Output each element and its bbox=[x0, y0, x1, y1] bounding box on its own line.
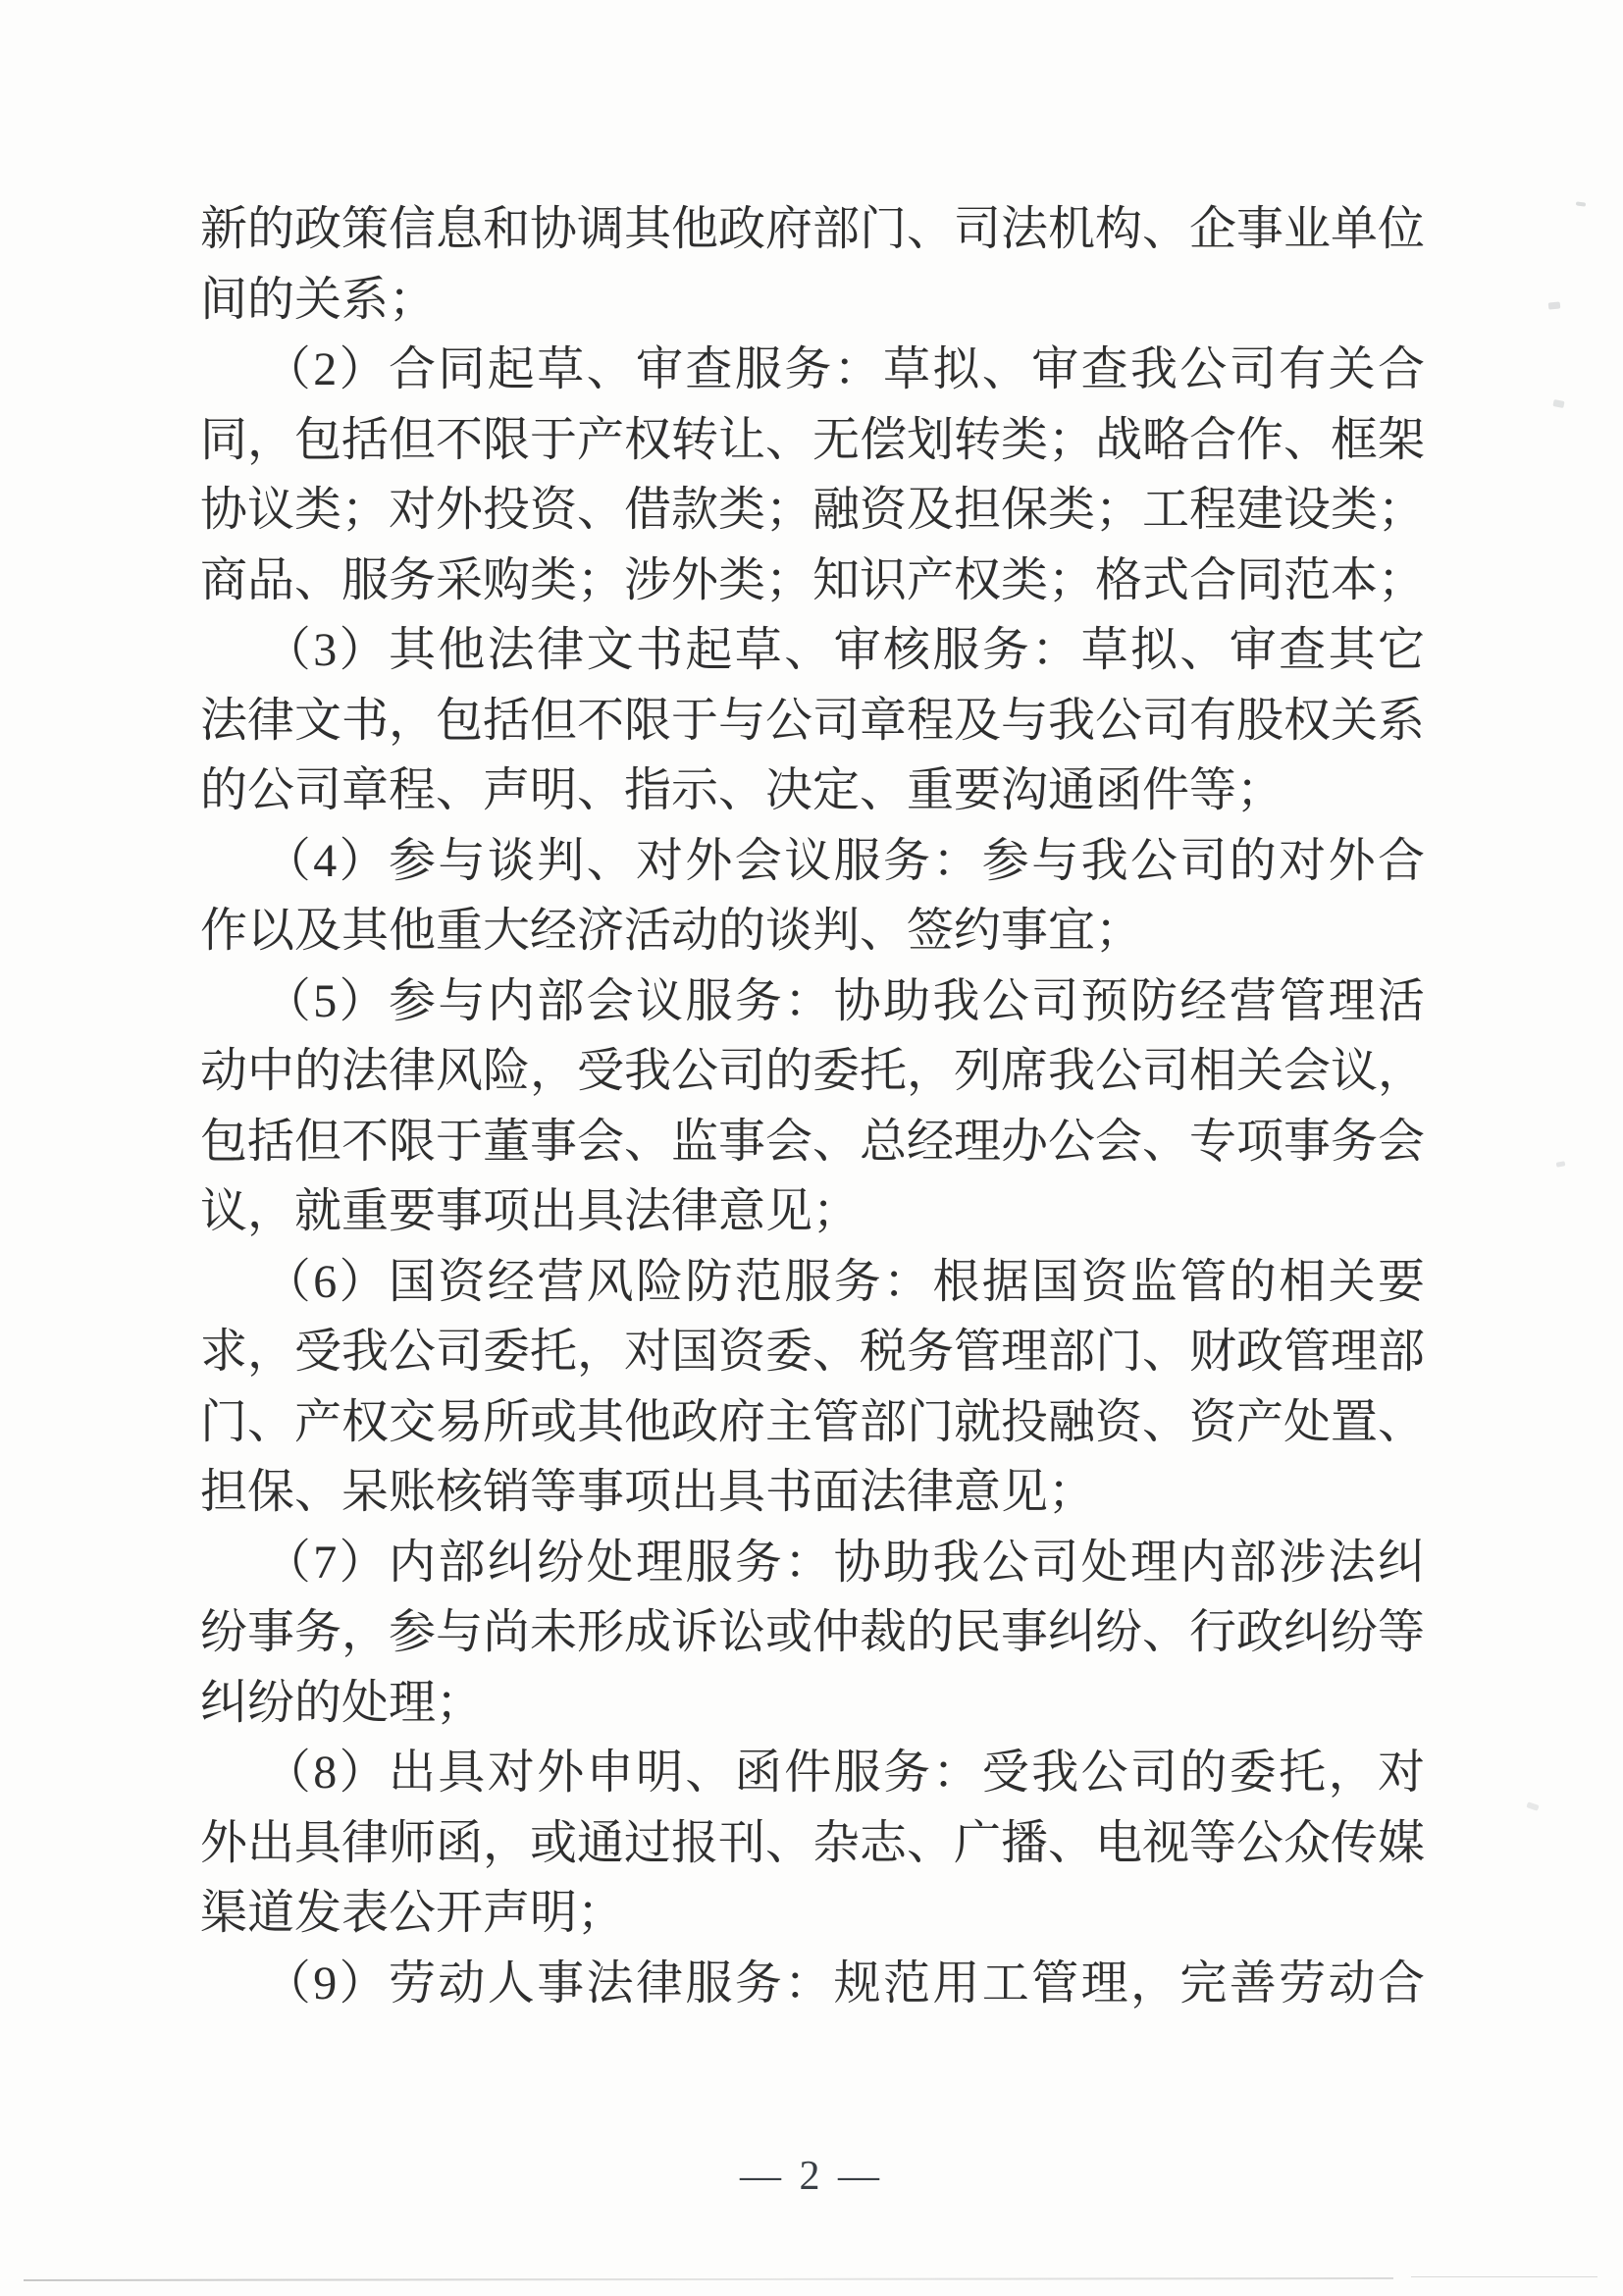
paragraph: 新的政策信息和协调其他政府部门、司法机构、企事业单位间的关系； bbox=[200, 194, 1425, 335]
text-line: （4）参与谈判、对外会议服务：参与我公司的对外合 bbox=[200, 826, 1425, 897]
text-line: 门、产权交易所或其他政府主管部门就投融资、资产处置、 bbox=[200, 1387, 1425, 1458]
text-line: 求，受我公司委托，对国资委、税务管理部门、财政管理部 bbox=[200, 1317, 1425, 1387]
page-number: — 2 — bbox=[0, 2153, 1623, 2200]
text-line: （9）劳动人事法律服务：规范用工管理，完善劳动合 bbox=[200, 1949, 1425, 2019]
paragraph: （5）参与内部会议服务：协助我公司预防经营管理活动中的法律风险，受我公司的委托，… bbox=[200, 966, 1425, 1247]
text-line: 的公司章程、声明、指示、决定、重要沟通函件等； bbox=[200, 756, 1425, 826]
scan-artifact bbox=[1526, 1801, 1539, 1811]
text-line: 商品、服务采购类；涉外类；知识产权类；格式合同范本； bbox=[200, 546, 1425, 616]
paragraph: （6）国资经营风险防范服务：根据国资监管的相关要求，受我公司委托，对国资委、税务… bbox=[200, 1247, 1425, 1528]
scan-artifact bbox=[1556, 1161, 1566, 1167]
text-line: （2）合同起草、审查服务：草拟、审查我公司有关合 bbox=[200, 335, 1425, 405]
text-line: 动中的法律风险，受我公司的委托，列席我公司相关会议， bbox=[200, 1036, 1425, 1107]
scan-edge-line bbox=[24, 2277, 1393, 2281]
scan-artifact bbox=[1548, 301, 1561, 309]
text-line: 间的关系； bbox=[200, 265, 1425, 336]
text-line: 纠纷的处理； bbox=[200, 1668, 1425, 1739]
text-line: （5）参与内部会议服务：协助我公司预防经营管理活 bbox=[200, 966, 1425, 1037]
text-line: 同，包括但不限于产权转让、无偿划转类；战略合作、框架 bbox=[200, 405, 1425, 476]
text-line: 协议类；对外投资、借款类；融资及担保类；工程建设类； bbox=[200, 475, 1425, 546]
text-line: 包括但不限于董事会、监事会、总经理办公会、专项事务会 bbox=[200, 1107, 1425, 1177]
text-line: 法律文书，包括但不限于与公司章程及与我公司有股权关系 bbox=[200, 686, 1425, 757]
text-line: 渠道发表公开声明； bbox=[200, 1878, 1425, 1949]
document-body: 新的政策信息和协调其他政府部门、司法机构、企事业单位间的关系；（2）合同起草、审… bbox=[200, 194, 1425, 2018]
paragraph: （3）其他法律文书起草、审核服务：草拟、审查其它法律文书，包括但不限于与公司章程… bbox=[200, 615, 1425, 826]
text-line: 担保、呆账核销等事项出具书面法律意见； bbox=[200, 1457, 1425, 1528]
paragraph: （2）合同起草、审查服务：草拟、审查我公司有关合同，包括但不限于产权转让、无偿划… bbox=[200, 335, 1425, 615]
text-line: （8）出具对外申明、函件服务：受我公司的委托，对 bbox=[200, 1738, 1425, 1808]
text-line: （7）内部纠纷处理服务：协助我公司处理内部涉法纠 bbox=[200, 1528, 1425, 1598]
scan-artifact bbox=[1576, 201, 1586, 206]
paragraph: （8）出具对外申明、函件服务：受我公司的委托，对外出具律师函，或通过报刊、杂志、… bbox=[200, 1738, 1425, 1949]
document-page: 新的政策信息和协调其他政府部门、司法机构、企事业单位间的关系；（2）合同起草、审… bbox=[0, 0, 1623, 2296]
text-line: 纷事务，参与尚未形成诉讼或仲裁的民事纠纷、行政纠纷等 bbox=[200, 1597, 1425, 1668]
text-line: （3）其他法律文书起草、审核服务：草拟、审查其它 bbox=[200, 615, 1425, 686]
paragraph: （4）参与谈判、对外会议服务：参与我公司的对外合作以及其他重大经济活动的谈判、签… bbox=[200, 826, 1425, 966]
text-line: 外出具律师函，或通过报刊、杂志、广播、电视等公众传媒 bbox=[200, 1808, 1425, 1879]
text-line: （6）国资经营风险防范服务：根据国资监管的相关要 bbox=[200, 1247, 1425, 1318]
paragraph: （7）内部纠纷处理服务：协助我公司处理内部涉法纠纷事务，参与尚未形成诉讼或仲裁的… bbox=[200, 1528, 1425, 1739]
text-line: 作以及其他重大经济活动的谈判、签约事宜； bbox=[200, 896, 1425, 966]
scan-edge-line bbox=[1411, 2276, 1597, 2277]
scan-artifact bbox=[1552, 399, 1564, 408]
text-line: 议，就重要事项出具法律意见； bbox=[200, 1176, 1425, 1247]
text-line: 新的政策信息和协调其他政府部门、司法机构、企事业单位 bbox=[200, 194, 1425, 265]
paragraph: （9）劳动人事法律服务：规范用工管理，完善劳动合 bbox=[200, 1949, 1425, 2019]
